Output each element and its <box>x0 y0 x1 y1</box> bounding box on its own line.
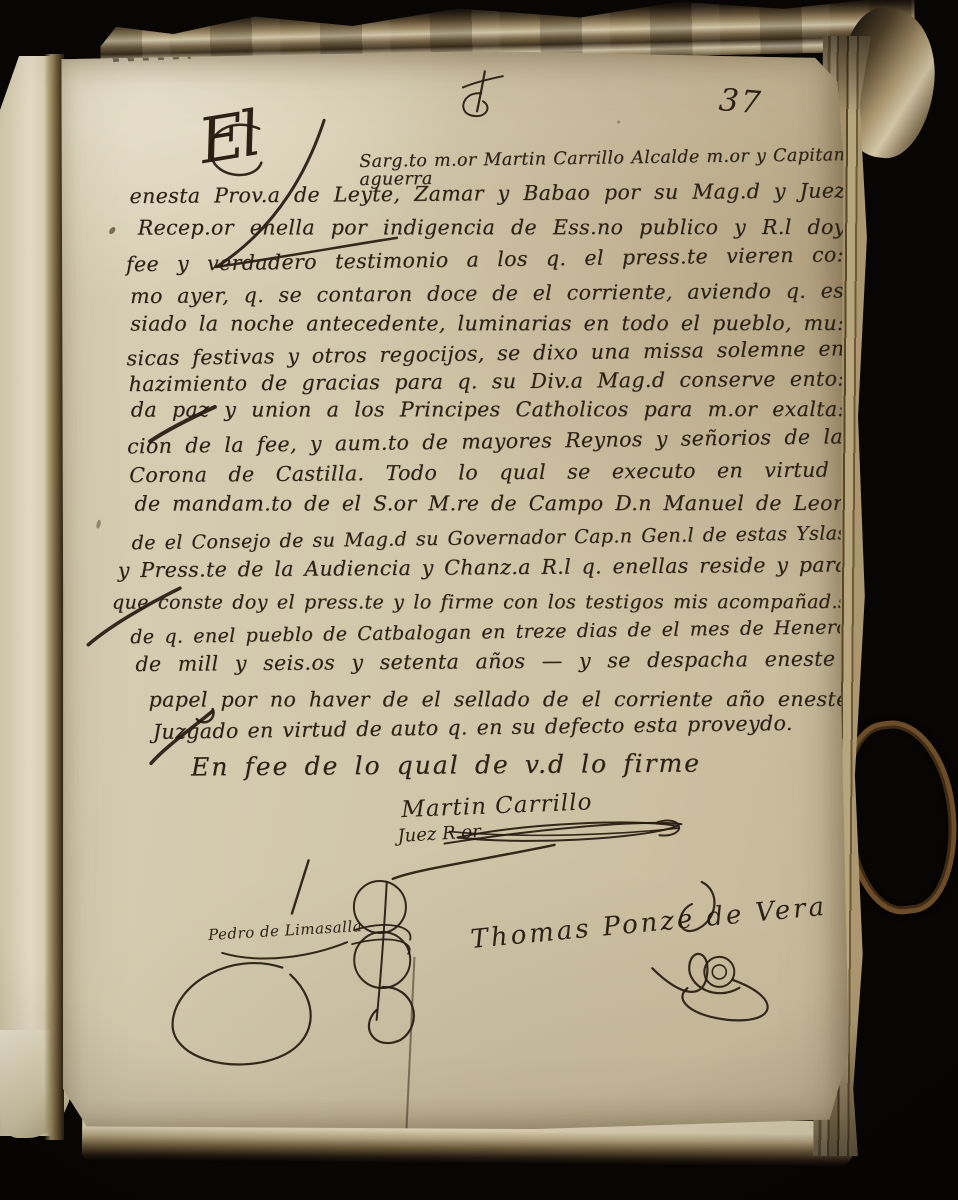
invocation-cross-mark <box>455 67 507 125</box>
binding-gutter <box>44 54 64 1140</box>
manuscript-line: Juzgado en virtud de auto q. en su defec… <box>153 713 793 742</box>
manuscript-line: papel por no haver de el sellado de el c… <box>149 689 849 710</box>
manuscript-line: sicas festivas y otros regocijos, se dix… <box>126 338 844 369</box>
notary-rubric <box>162 852 443 1079</box>
manuscript-line: cion de la fee, y aum.to de mayores Reyn… <box>127 426 843 456</box>
ink-speck <box>617 120 620 123</box>
manuscript-line: enesta Prov.a de Leyte, Zamar y Babao po… <box>129 180 845 206</box>
pen-flourish <box>147 403 219 445</box>
pen-flourish <box>147 705 219 767</box>
manuscript-line: Corona de Castilla. Todo lo qual se exec… <box>129 460 829 486</box>
manuscript-line: de mandam.to de el S.or M.re de Campo D.… <box>134 493 846 514</box>
ink-speck <box>96 519 102 529</box>
manuscript-line: Recep.or enella por indigencia de Ess.no… <box>138 217 846 238</box>
manuscript-line: En fee de lo qual de v.d lo firme <box>191 751 701 780</box>
manuscript-line: de mill y seis.os y setenta años — y se … <box>135 649 835 675</box>
manuscript-photo: 37 El Sarg.to m.or Martin Carrillo Alcal… <box>0 0 958 1200</box>
pen-flourish <box>85 584 185 649</box>
manuscript-line: da paz y union a los Principes Catholico… <box>131 399 845 420</box>
manuscript-line: que conste doy el press.te y lo firme co… <box>112 593 848 613</box>
ink-speck <box>108 226 117 235</box>
witness-signature-rubric <box>647 879 808 1030</box>
manuscript-line: de q. enel pueblo de Catbalogan en treze… <box>130 618 848 647</box>
manuscript-line: hazimiento de gracias para q. su Div.a M… <box>129 368 845 394</box>
manuscript-line: de el Consejo de su Mag.d su Governador … <box>132 524 848 553</box>
manuscript-line: y Press.te de la Audiencia y Chanz.a R.l… <box>118 554 848 580</box>
manuscript-line: mo ayer, q. se contaron doce de el corri… <box>130 280 844 306</box>
manuscript-line: siado la noche antecedente, luminarias e… <box>130 313 844 334</box>
manuscript-page: 37 El Sarg.to m.or Martin Carrillo Alcal… <box>57 49 850 1132</box>
folio-number: 37 <box>718 82 764 121</box>
